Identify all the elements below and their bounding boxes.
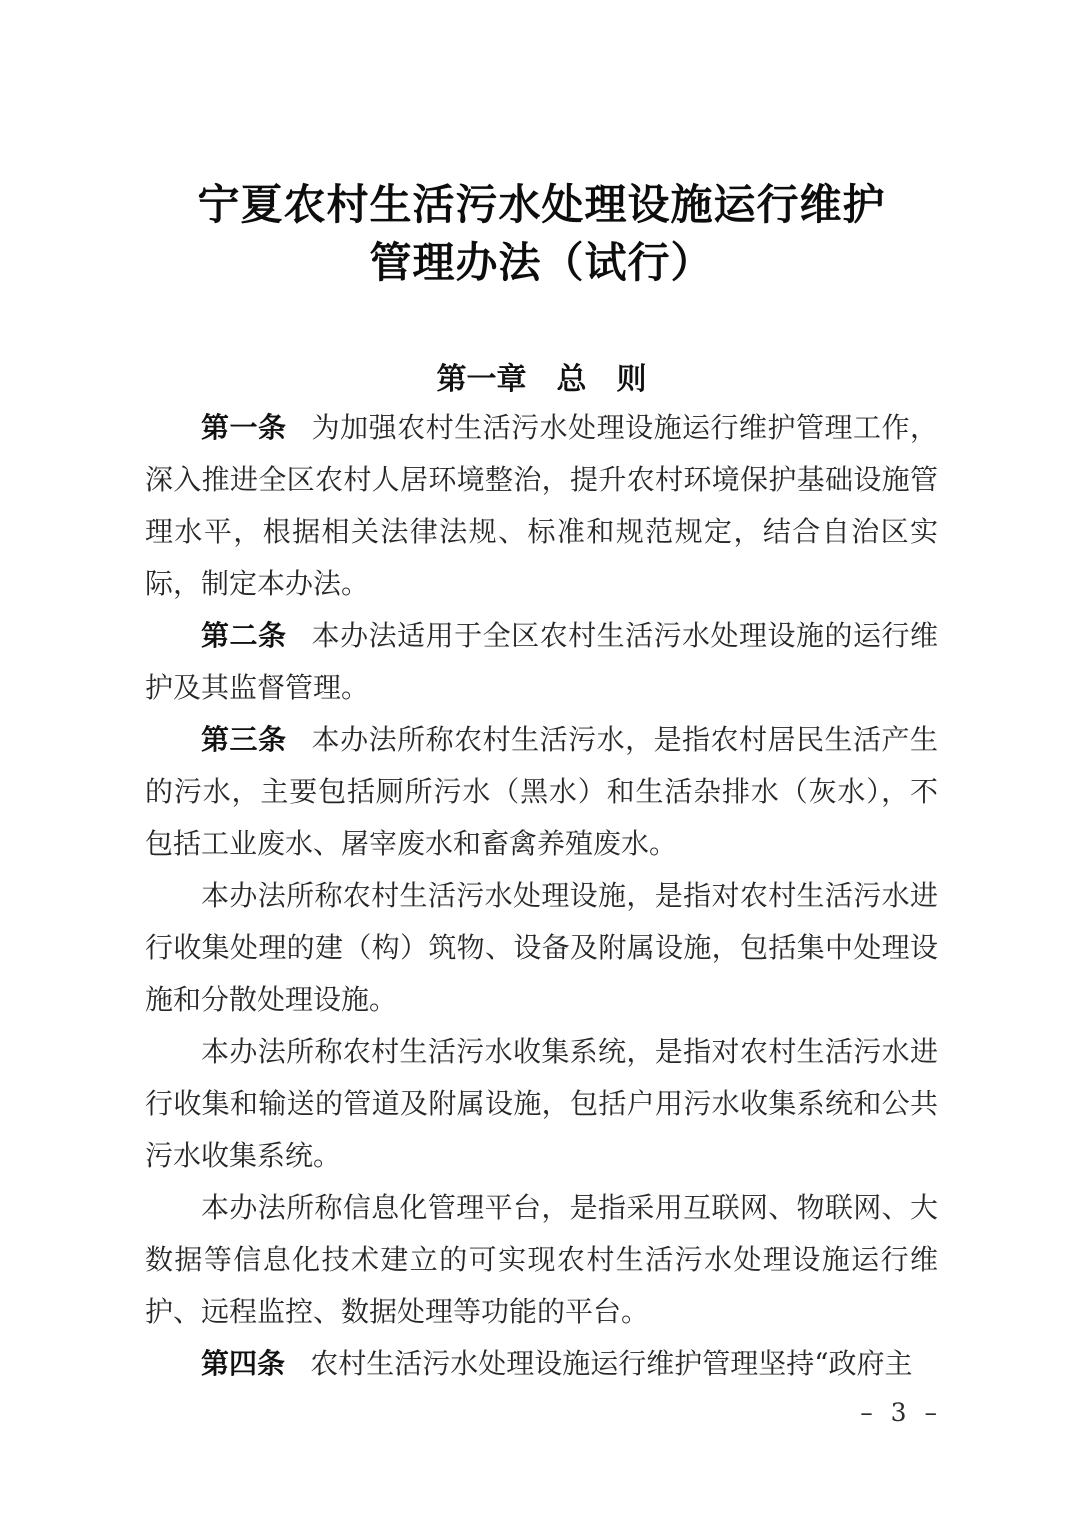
article-4-number: 第四条 bbox=[201, 1347, 285, 1380]
definition-facilities-text: 本办法所称农村生活污水处理设施，是指对农村生活污水进行收集处理的建（构）筑物、设… bbox=[145, 879, 938, 1016]
document-title-line-2: 管理办法（试行） bbox=[145, 234, 938, 292]
document-body: 第一条为加强农村生活污水处理设施运行维护管理工作，深入推进全区农村人居环境整治，… bbox=[145, 402, 938, 1390]
paragraph-article-3: 第三条本办法所称农村生活污水，是指农村居民生活产生的污水，主要包括厕所污水（黑水… bbox=[145, 714, 938, 870]
chapter-heading: 第一章 总 则 bbox=[145, 358, 938, 402]
definition-collection-system-text: 本办法所称农村生活污水收集系统，是指对农村生活污水进行收集和输送的管道及附属设施… bbox=[145, 1035, 938, 1172]
document-title: 宁夏农村生活污水处理设施运行维护 管理办法（试行） bbox=[145, 0, 938, 292]
document-content: 宁夏农村生活污水处理设施运行维护 管理办法（试行） 第一章 总 则 第一条为加强… bbox=[0, 0, 1074, 1390]
paragraph-definition-collection-system: 本办法所称农村生活污水收集系统，是指对农村生活污水进行收集和输送的管道及附属设施… bbox=[145, 1026, 938, 1182]
definition-info-platform-text: 本办法所称信息化管理平台，是指采用互联网、物联网、大数据等信息化技术建立的可实现… bbox=[145, 1191, 938, 1328]
document-page: 宁夏农村生活污水处理设施运行维护 管理办法（试行） 第一章 总 则 第一条为加强… bbox=[0, 0, 1074, 1520]
paragraph-definition-facilities: 本办法所称农村生活污水处理设施，是指对农村生活污水进行收集处理的建（构）筑物、设… bbox=[145, 870, 938, 1026]
paragraph-definition-info-platform: 本办法所称信息化管理平台，是指采用互联网、物联网、大数据等信息化技术建立的可实现… bbox=[145, 1182, 938, 1338]
paragraph-article-2: 第二条本办法适用于全区农村生活污水处理设施的运行维护及其监督管理。 bbox=[145, 610, 938, 714]
document-title-line-1: 宁夏农村生活污水处理设施运行维护 bbox=[145, 176, 938, 234]
article-1-number: 第一条 bbox=[201, 411, 286, 444]
page-number: – 3 – bbox=[860, 1398, 942, 1428]
paragraph-article-4: 第四条农村生活污水处理设施运行维护管理坚持“政府主 bbox=[145, 1338, 938, 1390]
paragraph-article-1: 第一条为加强农村生活污水处理设施运行维护管理工作，深入推进全区农村人居环境整治，… bbox=[145, 402, 938, 610]
article-2-number: 第二条 bbox=[201, 619, 286, 652]
article-4-text: 农村生活污水处理设施运行维护管理坚持“政府主 bbox=[310, 1347, 912, 1380]
article-3-number: 第三条 bbox=[201, 723, 286, 756]
